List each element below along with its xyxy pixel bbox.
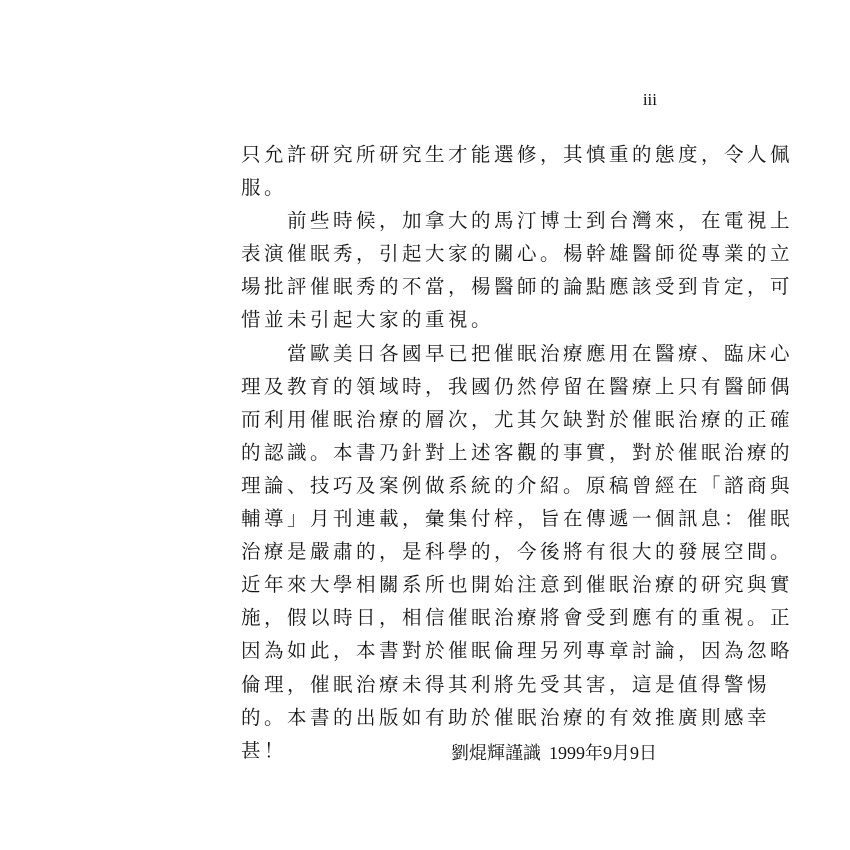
text-line: 的。本書的出版如有助於催眠治療的有效推廣則感幸 — [241, 701, 661, 734]
signature: 劉焜輝謹識1999年9月9日 — [400, 737, 657, 770]
text-line: 倫理，催眠治療未得其利將先受其害，這是值得警惕 — [241, 668, 661, 701]
text-line: 當歐美日各國早已把催眠治療應用在醫療、臨床心 — [241, 337, 661, 370]
text-line: 場批評催眠秀的不當，楊醫師的論點應該受到肯定，可 — [241, 270, 661, 303]
paragraph-2: 前些時候，加拿大的馬汀博士到台灣來，在電視上 表演催眠秀，引起大家的關心。楊幹雄… — [241, 204, 661, 336]
text-line: 只允許研究所研究生才能選修，其慎重的態度，令人佩 — [241, 138, 661, 171]
preface-body: 只允許研究所研究生才能選修，其慎重的態度，令人佩 服。 前些時候，加拿大的馬汀博… — [241, 138, 661, 767]
paragraph-3: 當歐美日各國早已把催眠治療應用在醫療、臨床心 理及教育的領域時，我國仍然停留在醫… — [241, 337, 661, 767]
text-line: 治療是嚴肅的，是科學的，今後將有很大的發展空間。 — [241, 535, 661, 568]
signature-date: 1999年9月9日 — [549, 743, 657, 763]
text-line: 理論、技巧及案例做系統的介紹。原稿曾經在「諮商與 — [241, 469, 661, 502]
paragraph-1: 只允許研究所研究生才能選修，其慎重的態度，令人佩 服。 — [241, 138, 661, 204]
text-line: 服。 — [241, 171, 661, 204]
text-line: 輔導」月刊連載，彙集付梓，旨在傳遞一個訊息：催眠 — [241, 502, 661, 535]
text-line: 施，假以時日，相信催眠治療將會受到應有的重視。正 — [241, 601, 661, 634]
text-line: 而利用催眠治療的層次，尤其欠缺對於催眠治療的正確 — [241, 403, 661, 436]
signature-author: 劉焜輝謹識 — [451, 743, 541, 764]
text-line: 惜並未引起大家的重視。 — [241, 303, 661, 336]
page-number: iii — [600, 90, 657, 110]
text-line: 前些時候，加拿大的馬汀博士到台灣來，在電視上 — [241, 204, 661, 237]
text-line: 表演催眠秀，引起大家的關心。楊幹雄醫師從專業的立 — [241, 237, 661, 270]
text-line: 近年來大學相關系所也開始注意到催眠治療的研究與實 — [241, 568, 661, 601]
text-line: 因為如此，本書對於催眠倫理另列專章討論，因為忽略 — [241, 634, 661, 667]
text-line: 理及教育的領域時，我國仍然停留在醫療上只有醫師偶 — [241, 370, 661, 403]
text-line: 的認識。本書乃針對上述客觀的事實，對於催眠治療的 — [241, 436, 661, 469]
